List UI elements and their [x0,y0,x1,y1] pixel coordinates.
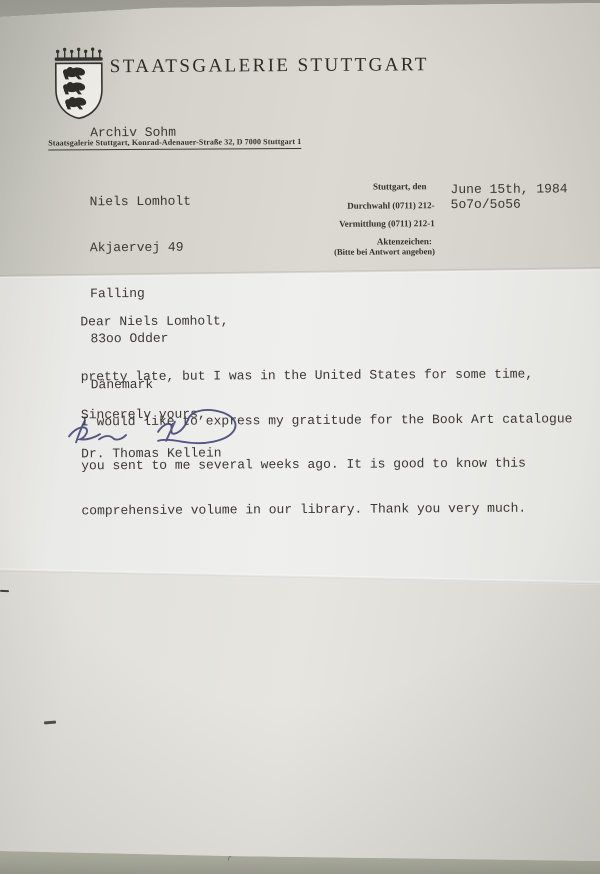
pen-mark-left-edge [0,590,9,592]
place-date-label: Stuttgart, den [373,181,427,191]
signer-name: Dr. Thomas Kellein [81,445,222,461]
recipient-street: Akjaervej 49 [90,240,192,256]
body-line: comprehensive volume in our library. Tha… [81,501,573,519]
reference-label: Aktenzeichen: [377,236,432,246]
recipient-locality: Falling [90,285,192,301]
letter-date: June 15th, 1984 [450,181,567,197]
salutation: Dear Niels Lomholt, [80,313,228,329]
reference-note: (Bitte bei Antwort angeben) [334,246,435,257]
body-line: pretty late, but I was in the United Sta… [81,367,573,385]
institution-title: STAATSGALERIE STUTTGART [110,54,429,78]
coat-of-arms-icon [50,44,108,124]
letter-photo: STAATSGALERIE STUTTGART Archiv Sohm Staa… [0,0,600,874]
direct-dial-label: Durchwahl (0711) 212- [347,200,434,211]
recipient-name: Niels Lomholt [90,194,192,210]
letter-content: STAATSGALERIE STUTTGART Archiv Sohm Staa… [0,0,600,874]
switchboard-label: Vermittlung (0711) 212-1 [339,218,435,229]
letter-paper: STAATSGALERIE STUTTGART Archiv Sohm Staa… [0,0,600,874]
direct-dial-number: 5o7o/5o56 [451,197,521,212]
letterhead-address-line: Staatsgalerie Stuttgart, Konrad-Adenauer… [48,137,301,150]
